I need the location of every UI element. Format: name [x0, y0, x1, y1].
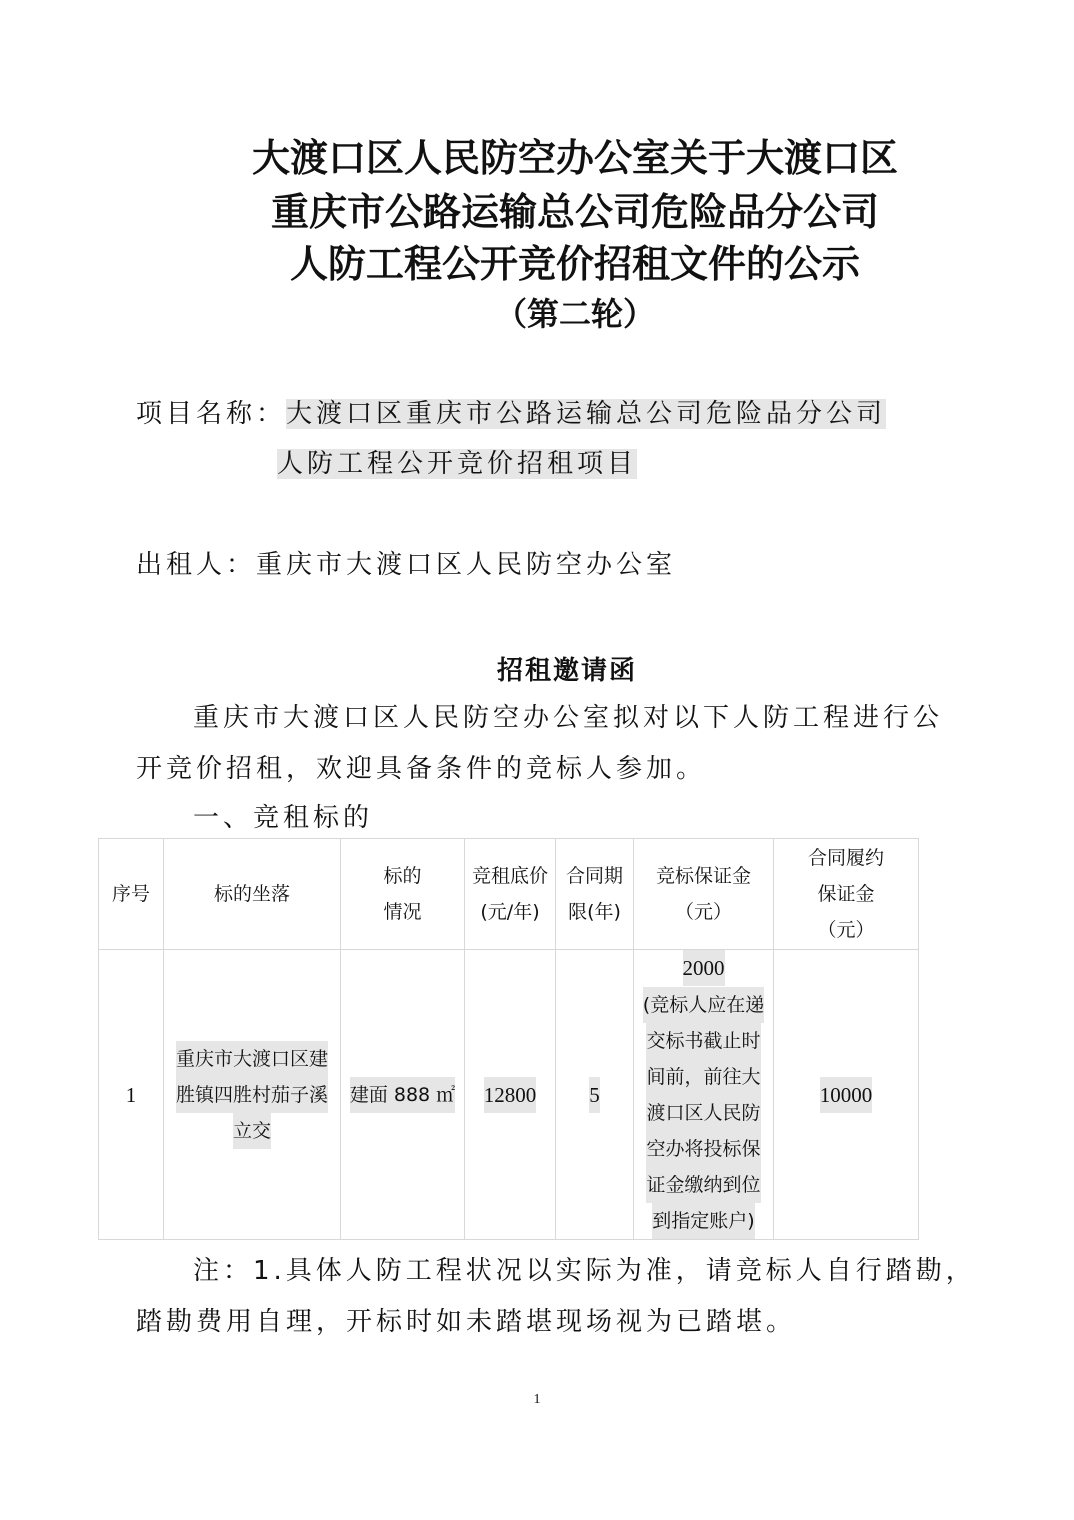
project-name-row: 项目名称：大渡口区重庆市公路运输总公司危险品分公司 [136, 396, 886, 432]
header-bid-deposit: 竞标保证金（元） [634, 839, 774, 950]
project-name-value-1: 大渡口区重庆市公路运输总公司危险品分公司 [286, 399, 886, 429]
cell-performance-deposit: 10000 [774, 950, 919, 1240]
doc-title-line-3: 人防工程公开竞价招租文件的公示 [0, 240, 1074, 288]
note-line-1: 注：1.具体人防工程状况以实际为准，请竞标人自行踏勘， [193, 1253, 976, 1289]
cell-base-price: 12800 [465, 950, 556, 1240]
section-heading: 一、竞租标的 [193, 800, 373, 836]
table-header-row: 序号 标的坐落 标的情况 竞租底价(元/年) 合同期限(年) 竞标保证金（元） … [99, 839, 919, 950]
note-line-2: 踏勘费用自理，开标时如未踏堪现场视为已踏堪。 [136, 1304, 796, 1340]
cell-bid-deposit: 2000 (竞标人应在递 交标书截止时 间前，前往大 渡口区人民防 空办将投标保… [634, 950, 774, 1240]
header-condition: 标的情况 [341, 839, 465, 950]
table-row: 1 重庆市大渡口区建 胜镇四胜村茄子溪 立交 建面 888 ㎡ 12800 5 … [99, 950, 919, 1240]
header-index: 序号 [99, 839, 164, 950]
cell-index: 1 [99, 950, 164, 1240]
doc-title-round: （第二轮） [0, 290, 1074, 338]
cell-condition: 建面 888 ㎡ [341, 950, 465, 1240]
invitation-title: 招租邀请函 [0, 650, 1074, 687]
header-term: 合同期限(年) [556, 839, 634, 950]
lessor-value: 重庆市大渡口区人民防空办公室 [256, 550, 676, 580]
header-base-price: 竞租底价(元/年) [465, 839, 556, 950]
intro-line-2: 开竞价招租，欢迎具备条件的竞标人参加。 [136, 751, 706, 787]
header-location: 标的坐落 [164, 839, 341, 950]
lessor-row: 出租人：重庆市大渡口区人民防空办公室 [136, 547, 676, 583]
cell-term: 5 [556, 950, 634, 1240]
bid-table: 序号 标的坐落 标的情况 竞租底价(元/年) 合同期限(年) 竞标保证金（元） … [98, 838, 919, 1240]
intro-line-1: 重庆市大渡口区人民防空办公室拟对以下人防工程进行公 [193, 700, 943, 736]
doc-title-line-1: 大渡口区人民防空办公室关于大渡口区 [0, 134, 1074, 182]
header-performance-deposit: 合同履约保证金（元） [774, 839, 919, 950]
cell-location: 重庆市大渡口区建 胜镇四胜村茄子溪 立交 [164, 950, 341, 1240]
project-name-row-2: 人防工程公开竞价招租项目 [277, 446, 637, 482]
doc-title-line-2: 重庆市公路运输总公司危险品分公司 [0, 188, 1074, 236]
project-name-value-2: 人防工程公开竞价招租项目 [277, 449, 637, 479]
page-number: 1 [0, 1392, 1074, 1408]
lessor-label: 出租人： [136, 550, 256, 580]
project-name-label: 项目名称： [136, 399, 286, 429]
